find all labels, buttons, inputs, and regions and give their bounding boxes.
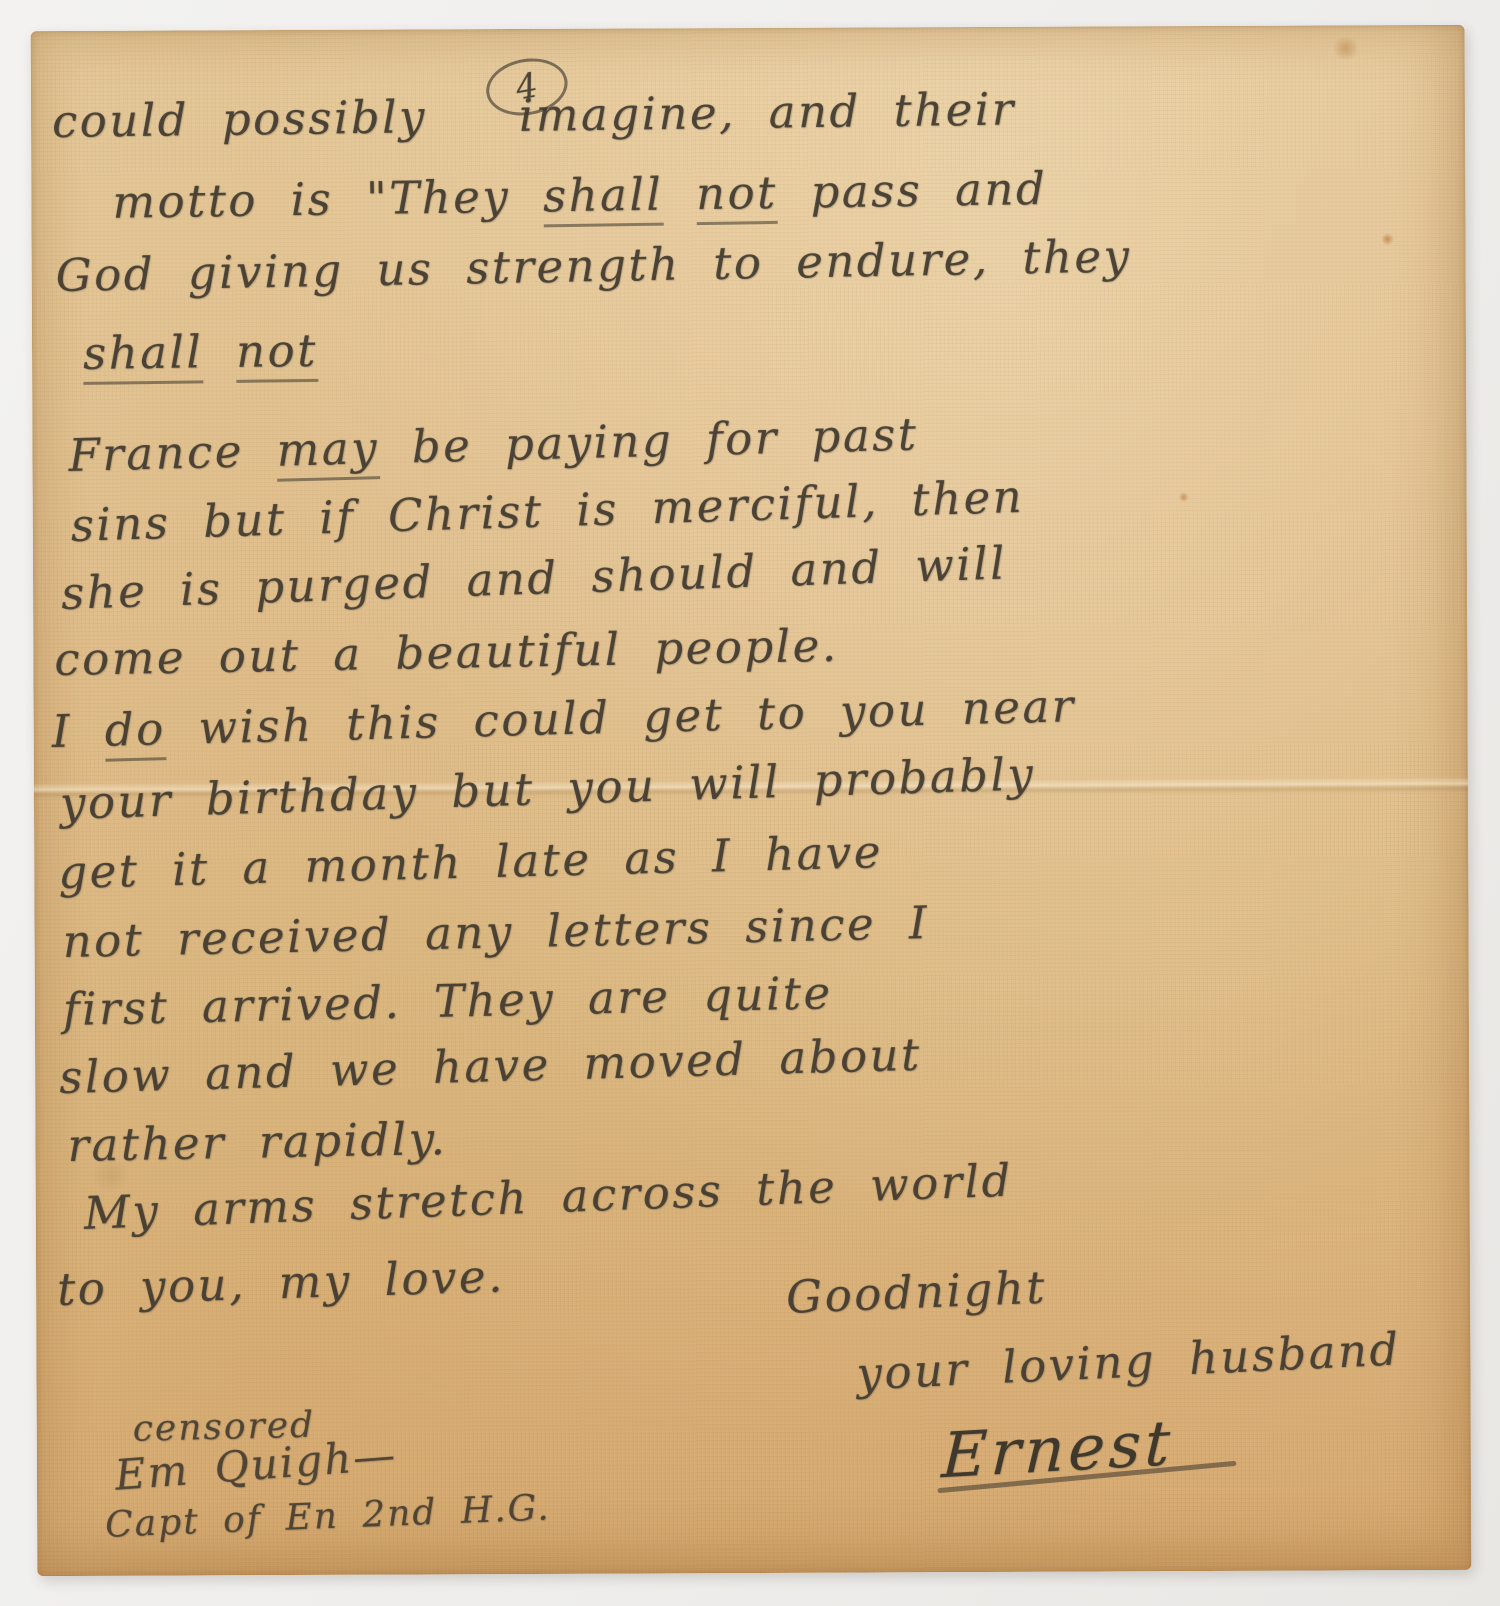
handwritten-line: not received any letters since I bbox=[62, 896, 930, 968]
handwritten-line: France may be paying for past bbox=[68, 407, 919, 481]
handwritten-line: to you, my love. bbox=[56, 1249, 505, 1316]
signature-ernest: Ernest bbox=[940, 1406, 1175, 1492]
line-segment: not received any letters since I bbox=[62, 896, 930, 968]
line-segment: be paying for past bbox=[378, 407, 919, 474]
underlined-word: do bbox=[104, 702, 166, 762]
line-segment: to you, my love. bbox=[56, 1249, 505, 1316]
handwritten-line: first arrived. They are quite bbox=[62, 966, 833, 1036]
line-segment bbox=[203, 325, 237, 378]
closing-valediction: your loving husband bbox=[855, 1322, 1402, 1400]
line-segment: God giving us strength to endure, they bbox=[55, 229, 1132, 302]
handwritten-line: rather rapidly. bbox=[67, 1112, 448, 1172]
stain bbox=[1179, 492, 1189, 502]
handwritten-line: she is purged and should and will bbox=[60, 536, 1008, 620]
underlined-word: not bbox=[696, 166, 779, 225]
handwritten-line: motto is "They shall not pass and bbox=[112, 162, 1048, 229]
stain bbox=[1331, 37, 1361, 59]
line-segment: wish this could get to you near bbox=[165, 679, 1076, 755]
censor-rank-unit: Capt of En 2nd H.G. bbox=[104, 1487, 551, 1545]
handwritten-line: could possiblyimagine, and their bbox=[52, 82, 1016, 148]
underlined-word: may bbox=[276, 421, 380, 482]
line-segment: I bbox=[51, 704, 105, 758]
line-segment: imagine, and their bbox=[519, 82, 1016, 141]
handwritten-line: slow and we have moved about bbox=[58, 1028, 922, 1104]
underlined-word: shall bbox=[543, 168, 664, 228]
stain bbox=[1382, 233, 1394, 245]
line-segment: rather rapidly. bbox=[67, 1112, 448, 1172]
line-segment: first arrived. They are quite bbox=[62, 966, 833, 1036]
line-segment: could possibly bbox=[52, 90, 428, 148]
line-segment: motto is "They bbox=[112, 169, 543, 228]
handwritten-line: your birthday but you will probably bbox=[59, 747, 1036, 830]
photo-background: 4 could possiblyimagine, and their motto… bbox=[0, 0, 1500, 1606]
line-segment: get it a month late as I have bbox=[58, 825, 884, 899]
handwritten-line: God giving us strength to endure, they bbox=[55, 229, 1132, 302]
underlined-word: shall bbox=[83, 325, 204, 385]
line-segment bbox=[663, 167, 697, 220]
line-segment: she is purged and should and will bbox=[60, 536, 1008, 620]
line-segment: pass and bbox=[777, 162, 1047, 219]
handwritten-line: get it a month late as I have bbox=[58, 825, 884, 899]
line-segment: France bbox=[68, 424, 277, 482]
line-segment: come out a beautiful people. bbox=[54, 619, 839, 686]
handwritten-line: I do wish this could get to you near bbox=[51, 679, 1076, 758]
line-segment: your birthday but you will probably bbox=[59, 747, 1036, 830]
letter-paper: 4 could possiblyimagine, and their motto… bbox=[31, 25, 1472, 1576]
line-segment: slow and we have moved about bbox=[58, 1028, 922, 1104]
handwritten-line: come out a beautiful people. bbox=[54, 619, 839, 686]
closing-farewell: Goodnight bbox=[785, 1261, 1048, 1324]
underlined-word: not bbox=[236, 324, 318, 383]
handwritten-line: shall not bbox=[83, 324, 318, 380]
